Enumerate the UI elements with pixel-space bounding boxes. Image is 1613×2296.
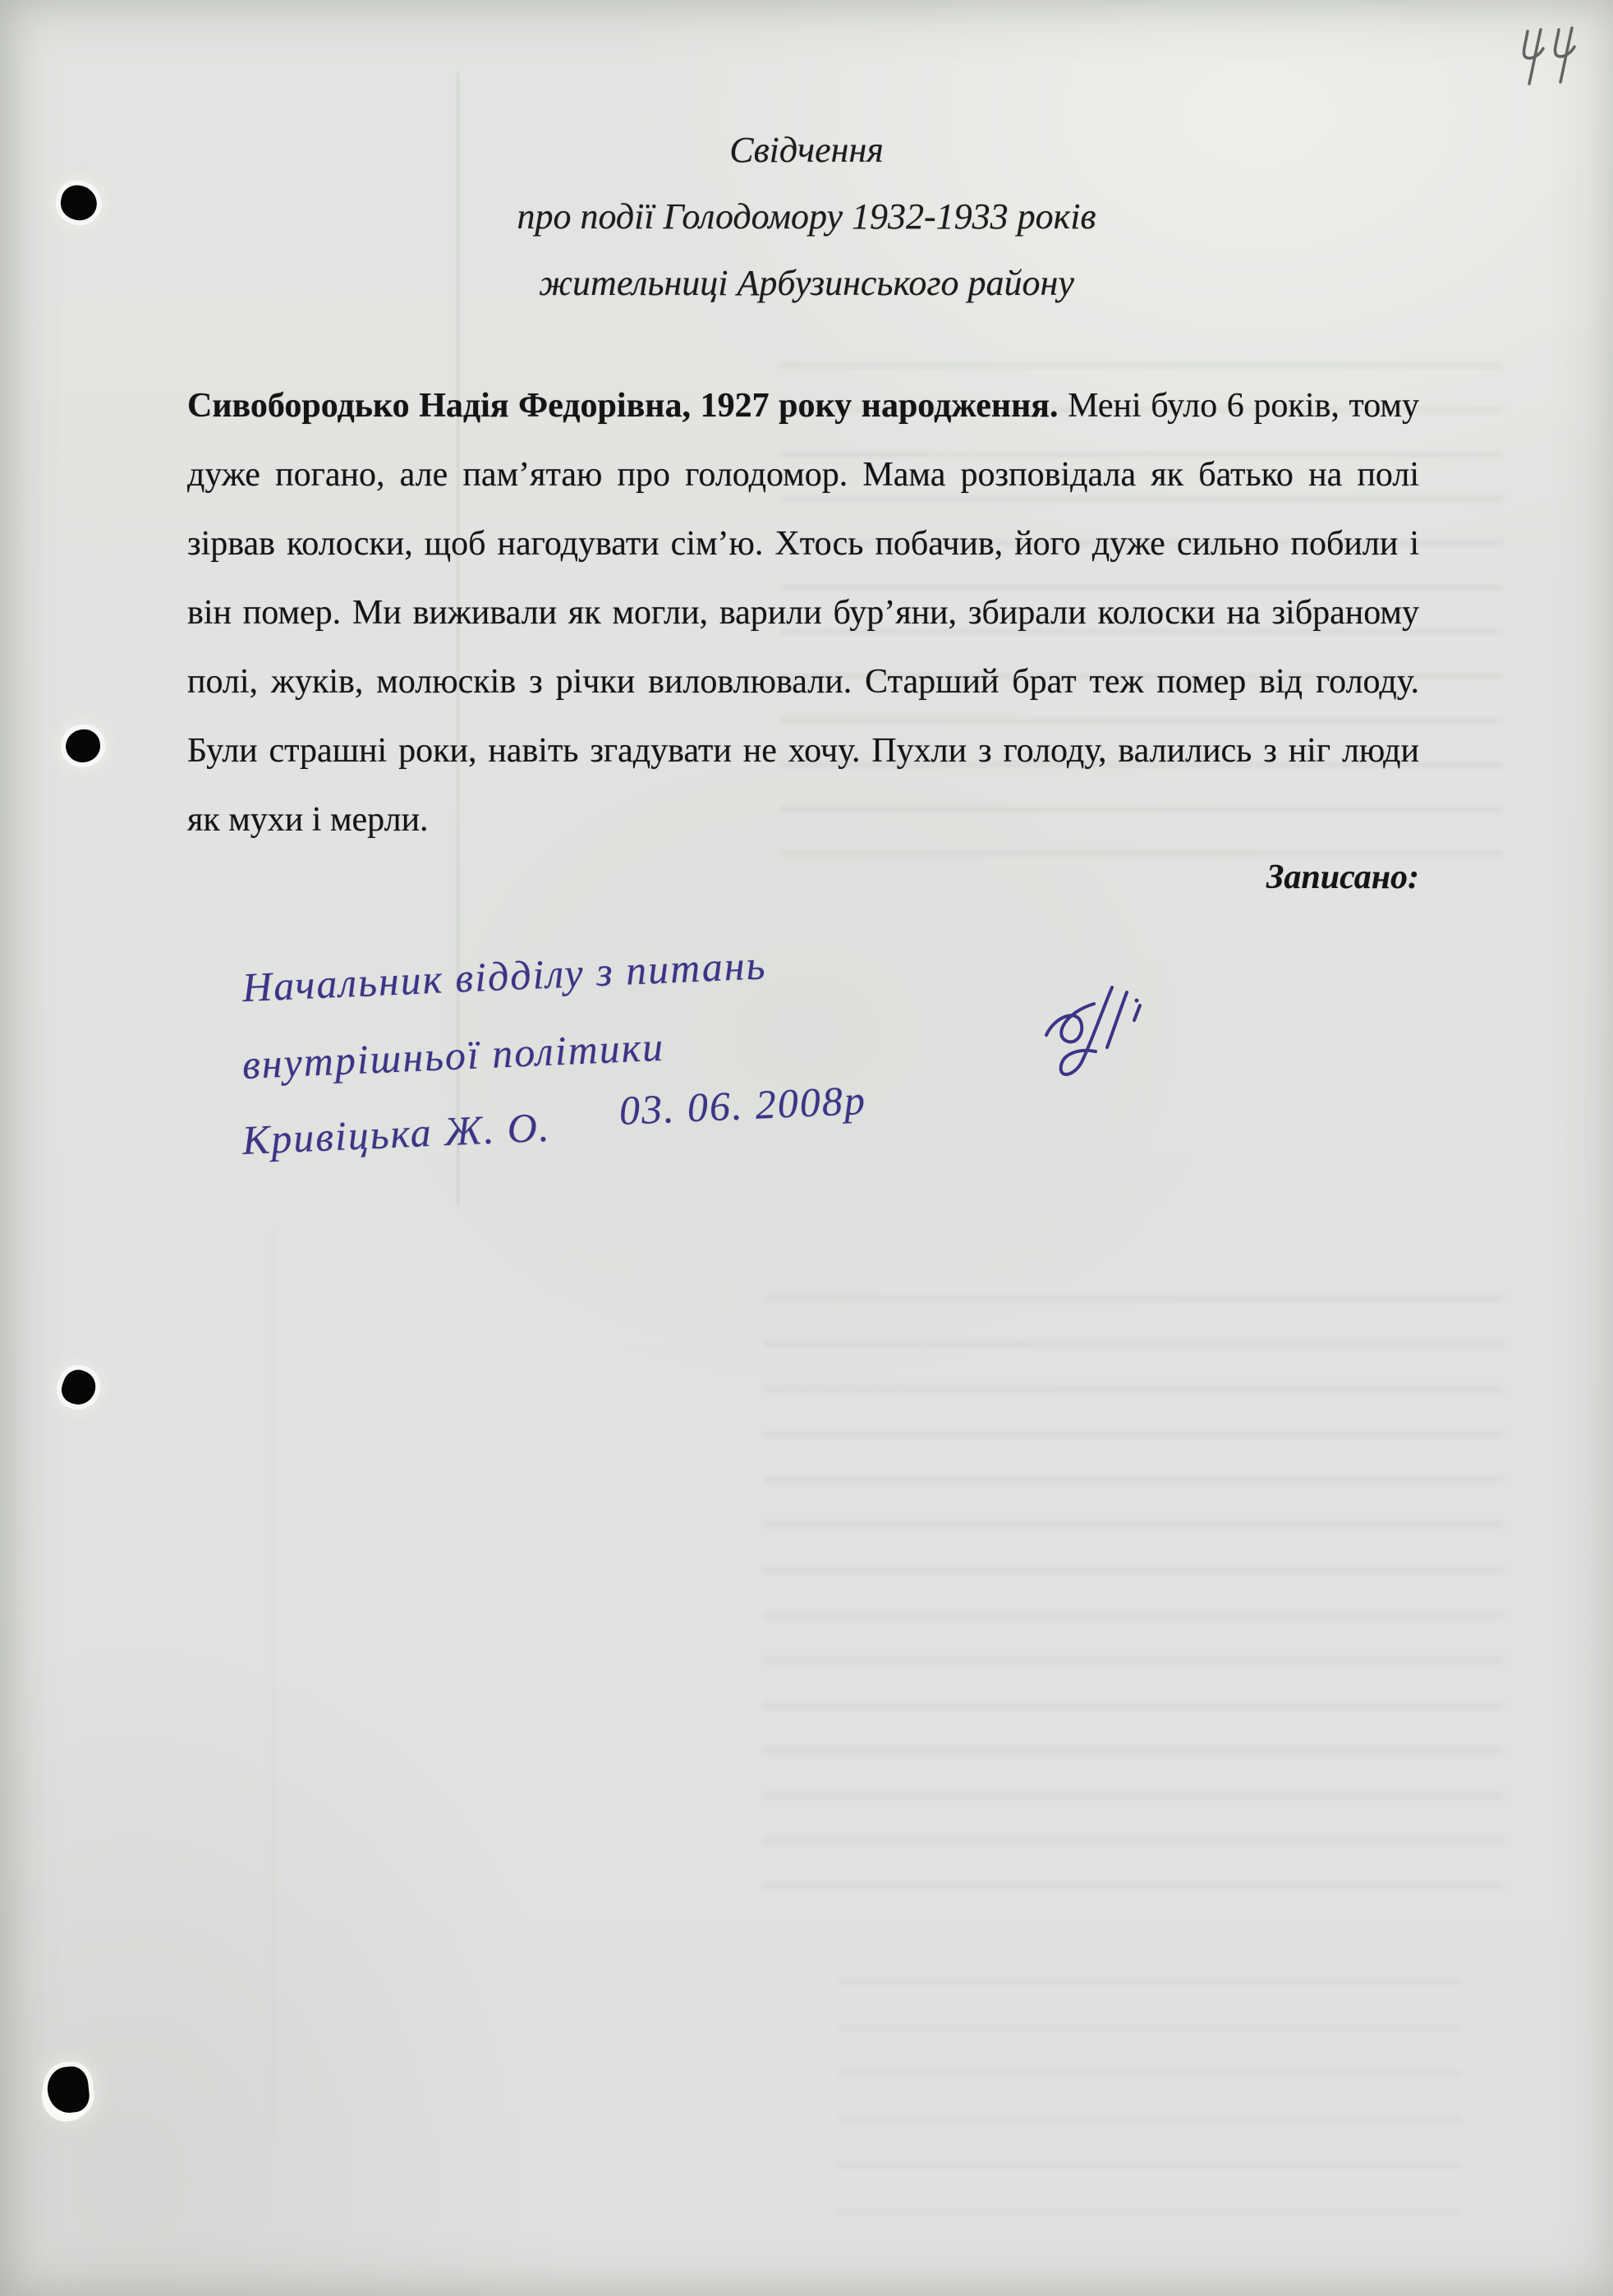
scan-crease-line — [273, 1232, 274, 2136]
punch-hole — [57, 1365, 100, 1409]
handwritten-line-1: Начальник відділу з питань — [241, 927, 1064, 1012]
page-number-pencil — [1510, 21, 1592, 108]
page-number-44-glyph — [1510, 21, 1592, 104]
handwritten-line-2: внутрішньої політики — [241, 1004, 1064, 1089]
bleedthrough-texture-middle — [764, 1257, 1503, 1914]
signature — [1033, 969, 1165, 1105]
witness-name-lead: Сивобородько Надія Федорівна, 1927 року … — [187, 387, 1059, 425]
testimony-paragraph: Сивобородько Надія Федорівна, 1927 року … — [187, 371, 1419, 854]
bleedthrough-texture-bottom — [838, 1939, 1462, 2218]
testimony-body: Сивобородько Надія Федорівна, 1927 року … — [187, 371, 1419, 912]
handwritten-line-3: Кривіцька Ж. О. 03. 06. 2008р — [241, 1079, 1064, 1165]
handwritten-note: Начальник відділу з питань внутрішньої п… — [242, 963, 1064, 1165]
handwritten-name: Кривіцька Ж. О. — [241, 1104, 552, 1163]
punch-hole — [45, 2065, 91, 2115]
title-line-1: Свідчення — [0, 117, 1613, 183]
document-title: Свідчення про події Голодомору 1932-1933… — [0, 117, 1613, 316]
scanned-document-page: Свідчення про події Голодомору 1932-1933… — [0, 0, 1613, 2296]
title-line-2: про події Голодомору 1932-1933 років — [0, 183, 1613, 250]
punch-hole — [63, 727, 102, 764]
signature-flourish — [1033, 969, 1165, 1101]
testimony-text: Мені було 6 років, тому дуже погано, але… — [187, 387, 1419, 839]
handwritten-date: 03. 06. 2008р — [618, 1075, 867, 1135]
title-line-3: жительниці Арбузинського району — [0, 250, 1613, 316]
